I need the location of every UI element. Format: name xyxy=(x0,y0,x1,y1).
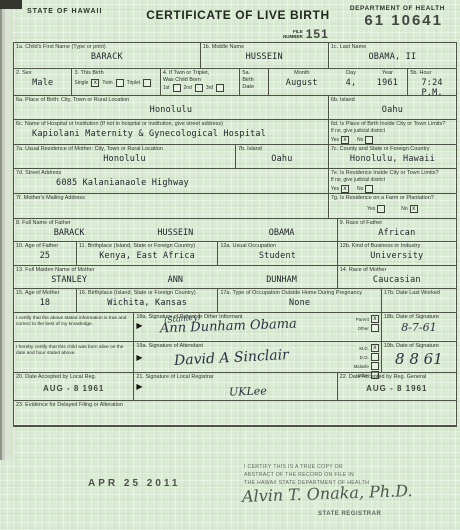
year-label: Year xyxy=(370,70,406,77)
field-3-label: 3. This Birth xyxy=(74,70,157,77)
field-5a-month: Month August xyxy=(268,69,334,95)
field-4: 4. If Twin or Triplet, Was Child Born 1s… xyxy=(160,69,240,95)
field-11: 11. Birthplace (Island, State or Foreign… xyxy=(76,242,217,265)
checkbox-triplet xyxy=(143,79,151,87)
field-17a: 17a. Type of Occupation Outside Home Dur… xyxy=(217,289,381,312)
field-10-label: 10. Age of Father xyxy=(16,243,74,250)
row-sex-birthdate: 2. Sex Male 3. This Birth Single x Twin … xyxy=(14,68,456,95)
field-16-label: 16. Birthplace (Island, State or Foreign… xyxy=(79,290,215,297)
field-23-label: 23. Evidence for Delayed Filing or Alter… xyxy=(16,402,454,409)
field-6b: 6b. Island Oahu xyxy=(328,96,456,119)
file-label-line2: NUMBER xyxy=(283,34,303,39)
parent-certification: I certify that the above stated informat… xyxy=(14,313,133,341)
field-1a-label: 1a. Child's First Name (Type or print) xyxy=(16,44,198,51)
row-parent-signature: I certify that the above stated informat… xyxy=(14,312,456,341)
field-16-value: Wichita, Kansas xyxy=(79,298,215,308)
no-label: No xyxy=(357,186,363,192)
field-23: 23. Evidence for Delayed Filing or Alter… xyxy=(14,401,456,425)
field-12a: 12a. Usual Occupation Student xyxy=(217,242,336,265)
attendant-certification-text: I hereby certify that this child was bor… xyxy=(16,343,131,358)
field-1a-value: BARACK xyxy=(16,52,198,62)
field-15-value: 18 xyxy=(16,298,74,308)
field-1c-value: OBAMA, II xyxy=(331,52,454,62)
md-label: M.D. xyxy=(359,346,369,351)
checkbox-midwife xyxy=(371,362,379,370)
field-5a-label-line1: 5a. xyxy=(242,70,266,77)
field-9-label: 9. Race of Father xyxy=(340,220,454,227)
field-19b: 19b. Date of Signature 8 8 61 xyxy=(381,342,456,372)
field-5b-label: 5b. Hour xyxy=(410,70,454,77)
field-7e-options: Yesx No xyxy=(331,185,454,193)
field-1b: 1b. Middle Name HUSSEIN xyxy=(200,43,328,68)
field-7e-label: 7e. Is Residence Inside City or Town Lim… xyxy=(331,170,454,184)
checkbox-6d-yes: x xyxy=(341,136,349,144)
yes-label: Yes xyxy=(331,186,339,192)
option-2nd-label: 2nd xyxy=(184,85,192,91)
row-place-of-birth: 6a. Place of Birth: City, Town or Rural … xyxy=(14,95,456,119)
field-4-label-line1: 4. If Twin or Triplet, xyxy=(163,70,238,77)
field-13-value: STANLEY ANN DUNHAM xyxy=(16,275,335,285)
field-10-value: 25 xyxy=(16,251,74,261)
checkbox-twin xyxy=(116,79,124,87)
field-3-options: Single x Twin Triplet xyxy=(74,79,157,87)
field-6d-label: 6d. Is Place of Birth Inside City or Tow… xyxy=(331,121,454,135)
field-7g-options: Yes Nox xyxy=(331,205,454,213)
month-label: Month xyxy=(271,70,332,77)
field-19b-label: 19b. Date of Signature xyxy=(384,343,454,350)
day-label: Day xyxy=(336,70,365,77)
field-6c-label: 6c. Name of Hospital or Institution (If … xyxy=(16,121,326,128)
field-20: 20. Date Accepted by Local Reg. AUG - 8 … xyxy=(14,373,133,400)
field-22: 22. Date Accepted by Reg. General AUG - … xyxy=(337,373,456,400)
field-6c: 6c. Name of Hospital or Institution (If … xyxy=(14,120,328,144)
field-7g-label: 7g. Is Residence on a Farm or Plantation… xyxy=(331,195,454,202)
row-mother-name: 13. Full Maiden Name of Mother STANLEY A… xyxy=(14,265,456,288)
birth-certificate-scan: STATE OF HAWAII CERTIFICATE OF LIVE BIRT… xyxy=(0,0,460,530)
field-11-value: Kenya, East Africa xyxy=(79,251,215,261)
field-1c-label: 1c. Last Name xyxy=(331,44,454,51)
father-first-name: BARACK xyxy=(16,228,122,238)
checkbox-other-informant xyxy=(371,324,379,332)
file-number-block: FILE NUMBER 151 xyxy=(283,27,329,41)
row-hospital: 6c. Name of Hospital or Institution (If … xyxy=(14,119,456,144)
field-6d: 6d. Is Place of Birth Inside City or Tow… xyxy=(328,120,456,144)
field-21-label: 21. Signature of Local Registrar xyxy=(136,374,334,381)
state-name: STATE OF HAWAII xyxy=(27,8,102,15)
field-7a-label: 7a. Usual Residence of Mother: City, Tow… xyxy=(16,146,233,153)
field-7d-label: 7d. Street Address xyxy=(16,170,326,177)
field-1b-label: 1b. Middle Name xyxy=(203,44,326,51)
field-6b-value: Oahu xyxy=(331,105,454,115)
field-5a-label-line2: Birth xyxy=(242,77,266,84)
field-20-label: 20. Date Accepted by Local Reg. xyxy=(16,374,131,381)
field-10: 10. Age of Father 25 xyxy=(14,242,76,265)
field-17a-value: None xyxy=(220,298,379,308)
row-mother-residence: 7a. Usual Residence of Mother: City, Tow… xyxy=(14,144,456,168)
field-6a: 6a. Place of Birth: City, Town or Rural … xyxy=(14,96,328,119)
field-6a-label: 6a. Place of Birth: City, Town or Rural … xyxy=(16,97,326,104)
field-6d-label-line1: 6d. Is Place of Birth Inside City or Tow… xyxy=(331,121,454,128)
field-13-label: 13. Full Maiden Name of Mother xyxy=(16,267,335,274)
row-evidence: 23. Evidence for Delayed Filing or Alter… xyxy=(14,400,456,425)
checkbox-7g-yes xyxy=(377,205,385,213)
field-7a: 7a. Usual Residence of Mother: City, Tow… xyxy=(14,145,235,168)
yes-label: Yes xyxy=(367,206,375,212)
field-9: 9. Race of Father African xyxy=(337,219,456,241)
field-8: 8. Full Name of Father BARACK HUSSEIN OB… xyxy=(14,219,337,241)
file-number-label: FILE NUMBER xyxy=(283,29,303,39)
field-3: 3. This Birth Single x Twin Triplet xyxy=(71,69,159,95)
field-13: 13. Full Maiden Name of Mother STANLEY A… xyxy=(14,266,337,288)
field-12a-label: 12a. Usual Occupation xyxy=(220,243,334,250)
father-middle-name: HUSSEIN xyxy=(122,228,228,238)
row-registrar: 20. Date Accepted by Local Reg. AUG - 8 … xyxy=(14,372,456,400)
field-18a: 18a. Signature of Parent or Other Inform… xyxy=(133,313,381,341)
field-20-value: AUG - 8 1961 xyxy=(16,384,131,393)
do-label: D.O. xyxy=(360,355,369,360)
field-14-label: 14. Race of Mother xyxy=(340,267,454,274)
field-1a: 1a. Child's First Name (Type or print) B… xyxy=(14,43,200,68)
certificate-title: CERTIFICATE OF LIVE BIRTH xyxy=(133,8,343,22)
field-5b-value: 7:24 P.M. xyxy=(410,78,454,98)
field-12b: 12b. Kind of Business or Industry Univer… xyxy=(337,242,456,265)
attendant-signature: David A Sinclair xyxy=(174,347,290,369)
field-19b-value: 8 8 61 xyxy=(384,350,454,368)
field-14-value: Caucasian xyxy=(340,275,454,285)
field-8-value: BARACK HUSSEIN OBAMA xyxy=(16,228,335,238)
field-6d-label-line2: If no, give judicial district xyxy=(331,128,385,134)
checkbox-md: x xyxy=(371,344,379,352)
field-5a-label: 5a. Birth Date xyxy=(242,70,266,91)
field-18a-options: Parentx Other xyxy=(356,315,379,332)
option-1st-label: 1st xyxy=(163,85,170,91)
parent-label: Parent xyxy=(356,317,369,322)
field-6c-value: Kapiolani Maternity & Gynecological Hosp… xyxy=(16,129,326,139)
field-12b-label: 12b. Kind of Business or Industry xyxy=(340,243,454,250)
row-father-details: 10. Age of Father 25 11. Birthplace (Isl… xyxy=(14,241,456,265)
field-7a-value: Honolulu xyxy=(16,154,233,164)
field-9-value: African xyxy=(340,228,454,238)
field-4-label: 4. If Twin or Triplet, Was Child Born xyxy=(163,70,238,84)
other-label: Other xyxy=(358,326,369,331)
field-18b-value: 8-7-61 xyxy=(384,321,454,334)
field-22-value: AUG - 8 1961 xyxy=(340,384,454,393)
yes-label: Yes xyxy=(331,137,339,143)
checkbox-6d-no xyxy=(365,136,373,144)
field-22-label: 22. Date Accepted by Reg. General xyxy=(340,374,454,381)
received-date-stamp: APR 25 2011 xyxy=(88,478,181,489)
field-14: 14. Race of Mother Caucasian xyxy=(337,266,456,288)
field-7b: 7b. Island Oahu xyxy=(235,145,328,168)
local-registrar-signature: UKLee xyxy=(229,384,267,398)
checkbox-3rd xyxy=(216,84,224,92)
field-17a-label: 17a. Type of Occupation Outside Home Dur… xyxy=(220,290,379,297)
field-1c: 1c. Last Name OBAMA, II xyxy=(328,43,456,68)
field-8-label: 8. Full Name of Father xyxy=(16,220,335,227)
field-15: 15. Age of Mother 18 xyxy=(14,289,76,312)
no-label: No xyxy=(401,206,407,212)
father-last-name: OBAMA xyxy=(228,228,334,238)
field-2-label: 2. Sex xyxy=(16,70,69,77)
field-4-options: 1st 2nd 3rd xyxy=(163,84,238,92)
attendant-certification: I hereby certify that this child was bor… xyxy=(14,342,133,372)
row-child-name: 1a. Child's First Name (Type or print) B… xyxy=(14,43,456,68)
field-21: 21. Signature of Local Registrar ▶ UKLee xyxy=(133,373,336,400)
field-7d-value: 6085 Kalanianaole Highway xyxy=(16,178,326,188)
certificate-number-stamp: 61 10641 xyxy=(364,12,443,29)
true-copy-line1: I CERTIFY THIS IS A TRUE COPY OR xyxy=(244,464,369,472)
checkbox-single: x xyxy=(91,79,99,87)
checkbox-2nd xyxy=(195,84,203,92)
field-5a-day: Day 4, xyxy=(334,69,367,95)
true-copy-line2: ABSTRACT OF THE RECORD ON FILE IN xyxy=(244,472,369,480)
no-label: No xyxy=(357,137,363,143)
field-7f: 7f. Mother's Mailing Address xyxy=(14,194,328,218)
field-7c-value: Honolulu, Hawaii xyxy=(331,154,454,164)
checkbox-7g-no: x xyxy=(410,205,418,213)
field-1b-value: HUSSEIN xyxy=(203,52,326,62)
field-7b-value: Oahu xyxy=(238,154,326,164)
field-7e-label-line2: If no, give judicial district xyxy=(331,177,385,183)
field-7c-label: 7c. County and State or Foreign Country xyxy=(331,146,454,153)
option-triplet-label: Triplet xyxy=(127,80,141,86)
field-7c: 7c. County and State or Foreign Country … xyxy=(328,145,456,168)
field-7b-label: 7b. Island xyxy=(238,146,326,153)
certificate-form: STATE OF HAWAII CERTIFICATE OF LIVE BIRT… xyxy=(13,2,457,427)
form-grid: 1a. Child's First Name (Type or print) B… xyxy=(13,42,457,427)
scan-edge-artifact xyxy=(0,0,13,460)
checkbox-7e-yes: x xyxy=(341,185,349,193)
field-12b-value: University xyxy=(340,251,454,261)
field-18b: 18b. Date of Signature 8-7-61 xyxy=(381,313,456,341)
field-7e: 7e. Is Residence Inside City or Town Lim… xyxy=(328,169,456,193)
field-16: 16. Birthplace (Island, State or Foreign… xyxy=(76,289,217,312)
field-15-label: 15. Age of Mother xyxy=(16,290,74,297)
row-mailing-address: 7f. Mother's Mailing Address 7g. Is Resi… xyxy=(14,193,456,218)
state-registrar-title: STATE REGISTRAR xyxy=(318,511,381,517)
signature-arrow-icon: ▶ xyxy=(136,322,142,330)
field-6a-value: Honolulu xyxy=(16,105,326,115)
mother-first-name: STANLEY xyxy=(16,275,122,285)
option-3rd-label: 3rd xyxy=(206,85,213,91)
field-17b: 17b. Date Last Worked xyxy=(381,289,456,312)
field-5a-caption: 5a. Birth Date xyxy=(239,69,268,95)
signature-arrow-icon: ▶ xyxy=(136,354,142,362)
field-6d-options: Yesx No xyxy=(331,136,454,144)
field-7d: 7d. Street Address 6085 Kalanianaole Hig… xyxy=(14,169,328,193)
field-2-value: Male xyxy=(16,78,69,88)
field-7e-label-line1: 7e. Is Residence Inside City or Town Lim… xyxy=(331,170,454,177)
field-7g: 7g. Is Residence on a Farm or Plantation… xyxy=(328,194,456,218)
certificate-header: STATE OF HAWAII CERTIFICATE OF LIVE BIRT… xyxy=(13,2,457,42)
field-6b-label: 6b. Island xyxy=(331,97,454,104)
field-4-label-line2: Was Child Born xyxy=(163,77,238,84)
row-mother-details: 15. Age of Mother 18 16. Birthplace (Isl… xyxy=(14,288,456,312)
checkbox-7e-no xyxy=(365,185,373,193)
option-twin-label: Twin xyxy=(102,80,112,86)
field-7f-label: 7f. Mother's Mailing Address xyxy=(16,195,326,202)
signature-arrow-icon: ▶ xyxy=(136,383,142,391)
department-name: DEPARTMENT OF HEALTH xyxy=(350,5,445,12)
midwife-label: Midwife xyxy=(354,364,369,369)
file-number-stamp: 151 xyxy=(306,27,329,41)
field-19a: 19a. Signature of Attendant ▶ David A Si… xyxy=(133,342,381,372)
field-12a-value: Student xyxy=(220,251,334,261)
option-single-label: Single xyxy=(74,80,88,86)
day-value: 4, xyxy=(336,78,365,88)
parent-certification-text: I certify that the above stated informat… xyxy=(16,314,131,329)
row-street-address: 7d. Street Address 6085 Kalanianaole Hig… xyxy=(14,168,456,193)
row-attendant-signature: I hereby certify that this child was bor… xyxy=(14,341,456,372)
field-17b-label: 17b. Date Last Worked xyxy=(384,290,454,297)
year-value: 1961 xyxy=(370,78,406,88)
field-2: 2. Sex Male xyxy=(14,69,71,95)
checkbox-do xyxy=(371,353,379,361)
mother-maiden-name: DUNHAM xyxy=(228,275,334,285)
field-11-label: 11. Birthplace (Island, State or Foreign… xyxy=(79,243,215,250)
field-5a-label-line3: Date xyxy=(242,84,266,91)
checkbox-1st xyxy=(173,84,181,92)
checkbox-parent: x xyxy=(371,315,379,323)
row-father-name: 8. Full Name of Father BARACK HUSSEIN OB… xyxy=(14,218,456,241)
mother-middle-name: ANN xyxy=(122,275,228,285)
field-18b-label: 18b. Date of Signature xyxy=(384,314,454,321)
field-5b: 5b. Hour 7:24 P.M. xyxy=(407,69,456,95)
field-5a-year: Year 1961 xyxy=(368,69,408,95)
month-value: August xyxy=(271,78,332,88)
